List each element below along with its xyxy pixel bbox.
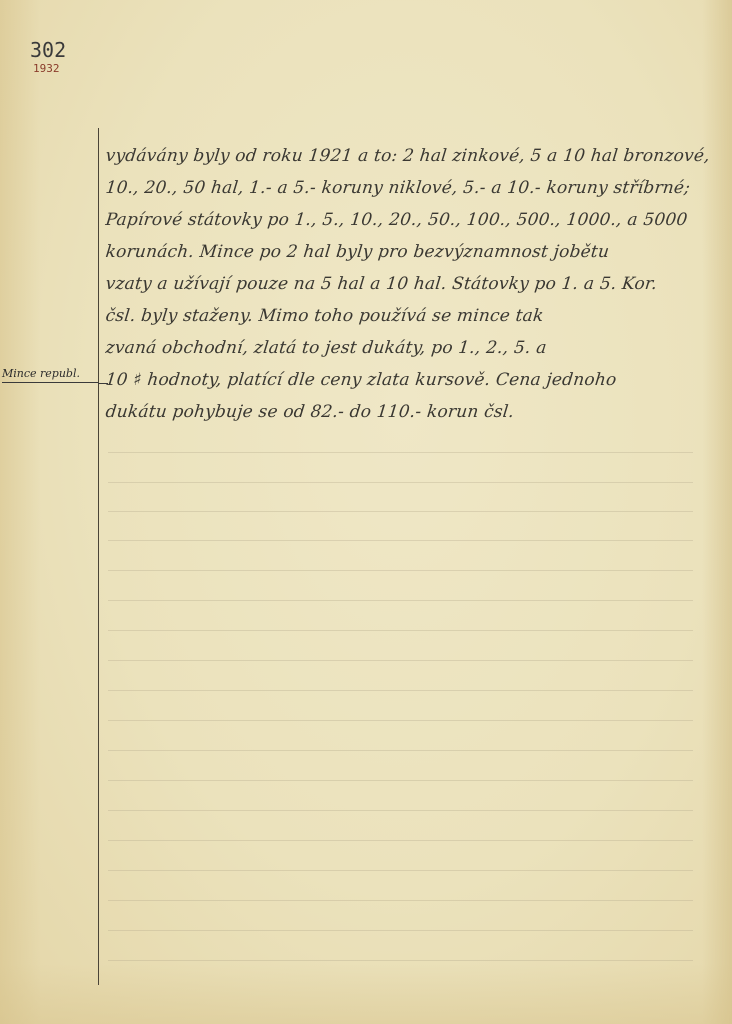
margin-rule-line (98, 128, 99, 985)
chronicle-page: 302 1932 Mince republ. vydávány byly od … (0, 0, 732, 1024)
text-line: korunách. Mince po 2 hal byly pro bezvýz… (104, 236, 707, 268)
ruled-line (108, 660, 693, 661)
ruled-line (108, 540, 693, 541)
ruled-line (108, 750, 693, 751)
ruled-line (108, 511, 693, 512)
ruled-line (108, 570, 693, 571)
text-line: dukátu pohybuje se od 82.- do 110.- koru… (104, 396, 707, 428)
text-line: 10 ♯ hodnoty, platící dle ceny zlata kur… (104, 364, 707, 396)
page-year: 1932 (33, 62, 60, 75)
ruled-line (108, 780, 693, 781)
text-line: čsl. byly staženy. Mimo toho používá se … (104, 300, 707, 332)
ruled-line (108, 600, 693, 601)
ruled-line (108, 930, 693, 931)
text-line: vzaty a užívají pouze na 5 hal a 10 hal.… (104, 268, 707, 300)
page-number: 302 (30, 38, 66, 62)
text-line: Papírové státovky po 1., 5., 10., 20., 5… (104, 204, 707, 236)
handwritten-text-body: vydávány byly od roku 1921 a to: 2 hal z… (104, 140, 704, 428)
ruled-line (108, 720, 693, 721)
ruled-line (108, 630, 693, 631)
text-line: 10., 20., 50 hal, 1.- a 5.- koruny niklo… (104, 172, 707, 204)
ruled-line (108, 482, 693, 483)
page-edge-shadow-left (0, 0, 40, 1024)
ruled-line (108, 960, 693, 961)
ruled-line (108, 870, 693, 871)
ruled-line (108, 452, 693, 453)
text-line: zvaná obchodní, zlatá to jest dukáty, po… (104, 332, 707, 364)
ruled-line (108, 840, 693, 841)
page-edge-shadow-bottom (0, 964, 732, 1024)
ruled-line (108, 690, 693, 691)
margin-note-coins-of-republic: Mince republ. (2, 367, 98, 383)
text-line: vydávány byly od roku 1921 a to: 2 hal z… (104, 140, 707, 172)
ruled-line (108, 900, 693, 901)
ruled-line (108, 810, 693, 811)
